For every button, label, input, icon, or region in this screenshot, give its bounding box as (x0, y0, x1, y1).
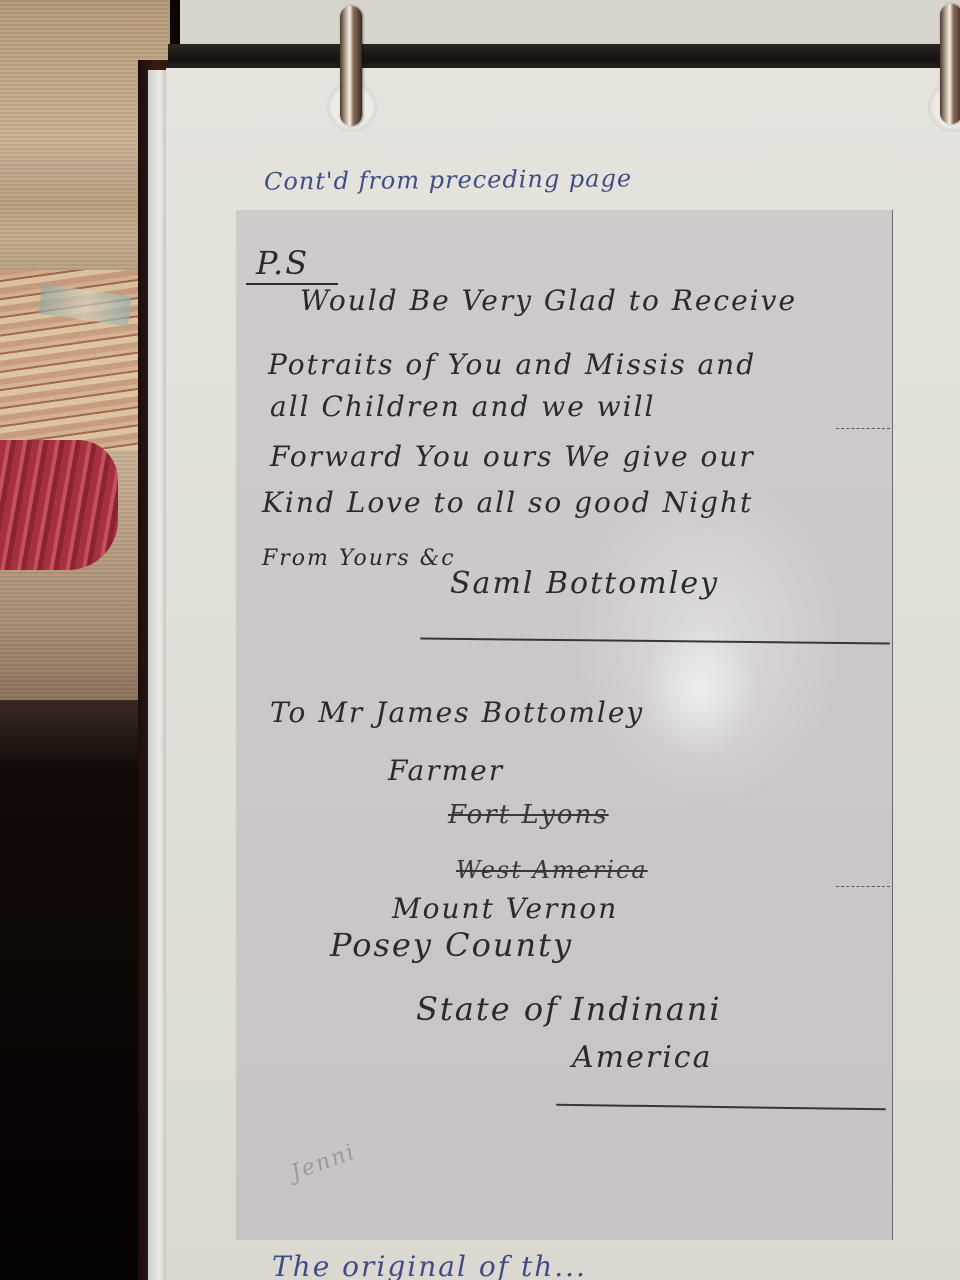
address-recipient: To Mr James Bottomley (270, 696, 644, 729)
page-note-bottom: The original of th... (272, 1250, 587, 1280)
letter-line: all Children and we will (270, 390, 656, 423)
binder-ring-left-icon (340, 6, 362, 126)
letter-signature: Saml Bottomley (450, 566, 719, 601)
letter-ps-heading: P.S (256, 244, 309, 282)
letter-line: Forward You ours We give our (270, 440, 755, 473)
page-note-top: Cont'd from preceding page (264, 164, 632, 195)
tear-line-upper (836, 428, 890, 430)
address-country: America (572, 1040, 713, 1075)
letter-line: Potraits of You and Missis and (268, 348, 756, 381)
background-red-fringe (0, 440, 118, 570)
address-state: State of Indinani (416, 990, 722, 1028)
address-city: Mount Vernon (392, 892, 618, 925)
letter-line: Kind Love to all so good Night (262, 486, 753, 519)
letter-line: Would Be Very Glad to Receive (300, 284, 797, 317)
address-struck-line: West America (456, 856, 648, 884)
address-occupation: Farmer (388, 754, 504, 787)
binder-ring-right-icon (940, 4, 960, 124)
background-shadow (0, 700, 150, 1280)
previous-page-sheet (180, 0, 960, 46)
binder-bar (168, 44, 960, 70)
letter-closing: From Yours &c (262, 546, 456, 571)
address-county: Posey County (330, 926, 573, 964)
page-stack-edge (148, 70, 168, 1280)
tear-line-lower (836, 886, 890, 888)
address-struck-line: Fort Lyons (448, 800, 609, 830)
